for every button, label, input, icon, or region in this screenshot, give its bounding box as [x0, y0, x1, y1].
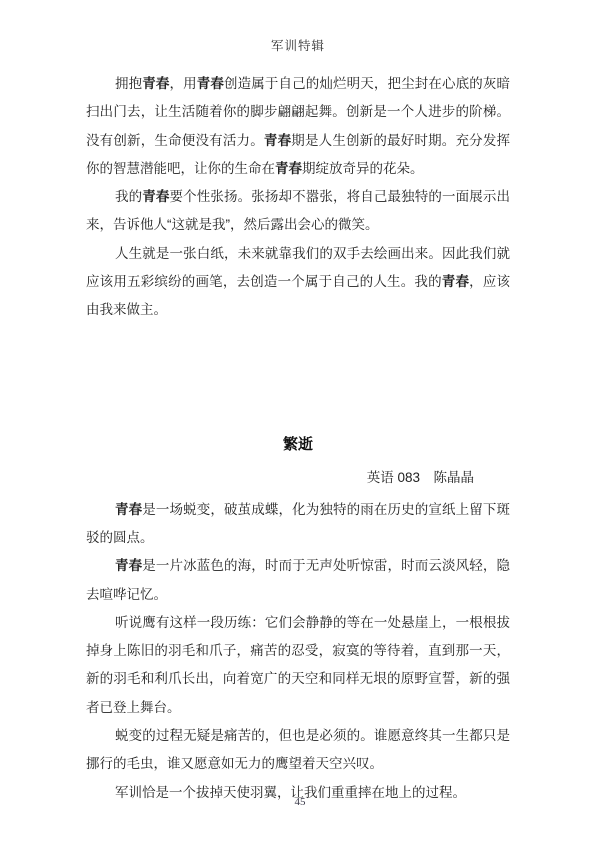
paragraph: 我的青春要个性张扬。张扬却不嚣张，将自己最独特的一面展示出来，告诉他人“这就是我… — [86, 183, 510, 240]
emphasized-text: 青春 — [115, 502, 142, 517]
section-article-body: 青春是一场蜕变，破茧成蝶，化为独特的雨在历史的宣纸上留下斑驳的圆点。青春是一片冰… — [86, 496, 510, 807]
text-run: ，用 — [170, 76, 197, 91]
text-run: 听说鹰有这样一段历练：它们会静静的等在一处悬崖上，一根根拔掉身上陈旧的羽毛和爪子… — [86, 615, 510, 715]
page-header: 军训特辑 — [86, 38, 510, 54]
emphasized-text: 青春 — [197, 76, 224, 91]
text-run: 期绽放奇异的花朵。 — [302, 161, 424, 176]
text-run: 是一场蜕变，破茧成蝶，化为独特的雨在历史的宣纸上留下斑驳的圆点。 — [86, 502, 510, 545]
page-number: 45 — [0, 796, 600, 808]
text-run: 蜕变的过程无疑是痛苦的，但也是必须的。谁愿意终其一生都只是挪行的毛虫，谁又愿意如… — [86, 728, 510, 771]
paragraph: 青春是一片冰蓝色的海，时而于无声处听惊雷，时而云淡风轻，隐去喧哗记忆。 — [86, 552, 510, 609]
paragraph: 拥抱青春，用青春创造属于自己的灿烂明天，把尘封在心底的灰暗扫出门去，让生活随着你… — [86, 70, 510, 183]
emphasized-text: 青春 — [264, 133, 291, 148]
article-title: 繁逝 — [86, 435, 510, 455]
paragraph: 人生就是一张白纸，未来就靠我们的双手去绘画出来。因此我们就应该用五彩缤纷的画笔，… — [86, 240, 510, 325]
text-run: 是一片冰蓝色的海，时而于无声处听惊雷，时而云淡风轻，隐去喧哗记忆。 — [86, 558, 510, 601]
emphasized-text: 青春 — [275, 161, 302, 176]
emphasized-text: 青春 — [115, 558, 142, 573]
emphasized-text: 青春 — [142, 76, 169, 91]
emphasized-text: 青春 — [442, 274, 469, 289]
paragraph: 听说鹰有这样一段历练：它们会静静的等在一处悬崖上，一根根拔掉身上陈旧的羽毛和爪子… — [86, 609, 510, 722]
text-run: 拥抱 — [115, 76, 142, 91]
text-run: 我的 — [115, 189, 142, 204]
article-byline: 英语 083 陈晶晶 — [86, 468, 510, 488]
section-military-training: 拥抱青春，用青春创造属于自己的灿烂明天，把尘封在心底的灰暗扫出门去，让生活随着你… — [86, 70, 510, 325]
paragraph: 蜕变的过程无疑是痛苦的，但也是必须的。谁愿意终其一生都只是挪行的毛虫，谁又愿意如… — [86, 722, 510, 779]
emphasized-text: 青春 — [142, 189, 169, 204]
paragraph: 青春是一场蜕变，破茧成蝶，化为独特的雨在历史的宣纸上留下斑驳的圆点。 — [86, 496, 510, 553]
document-page: 军训特辑 拥抱青春，用青春创造属于自己的灿烂明天，把尘封在心底的灰暗扫出门去，让… — [0, 0, 600, 850]
